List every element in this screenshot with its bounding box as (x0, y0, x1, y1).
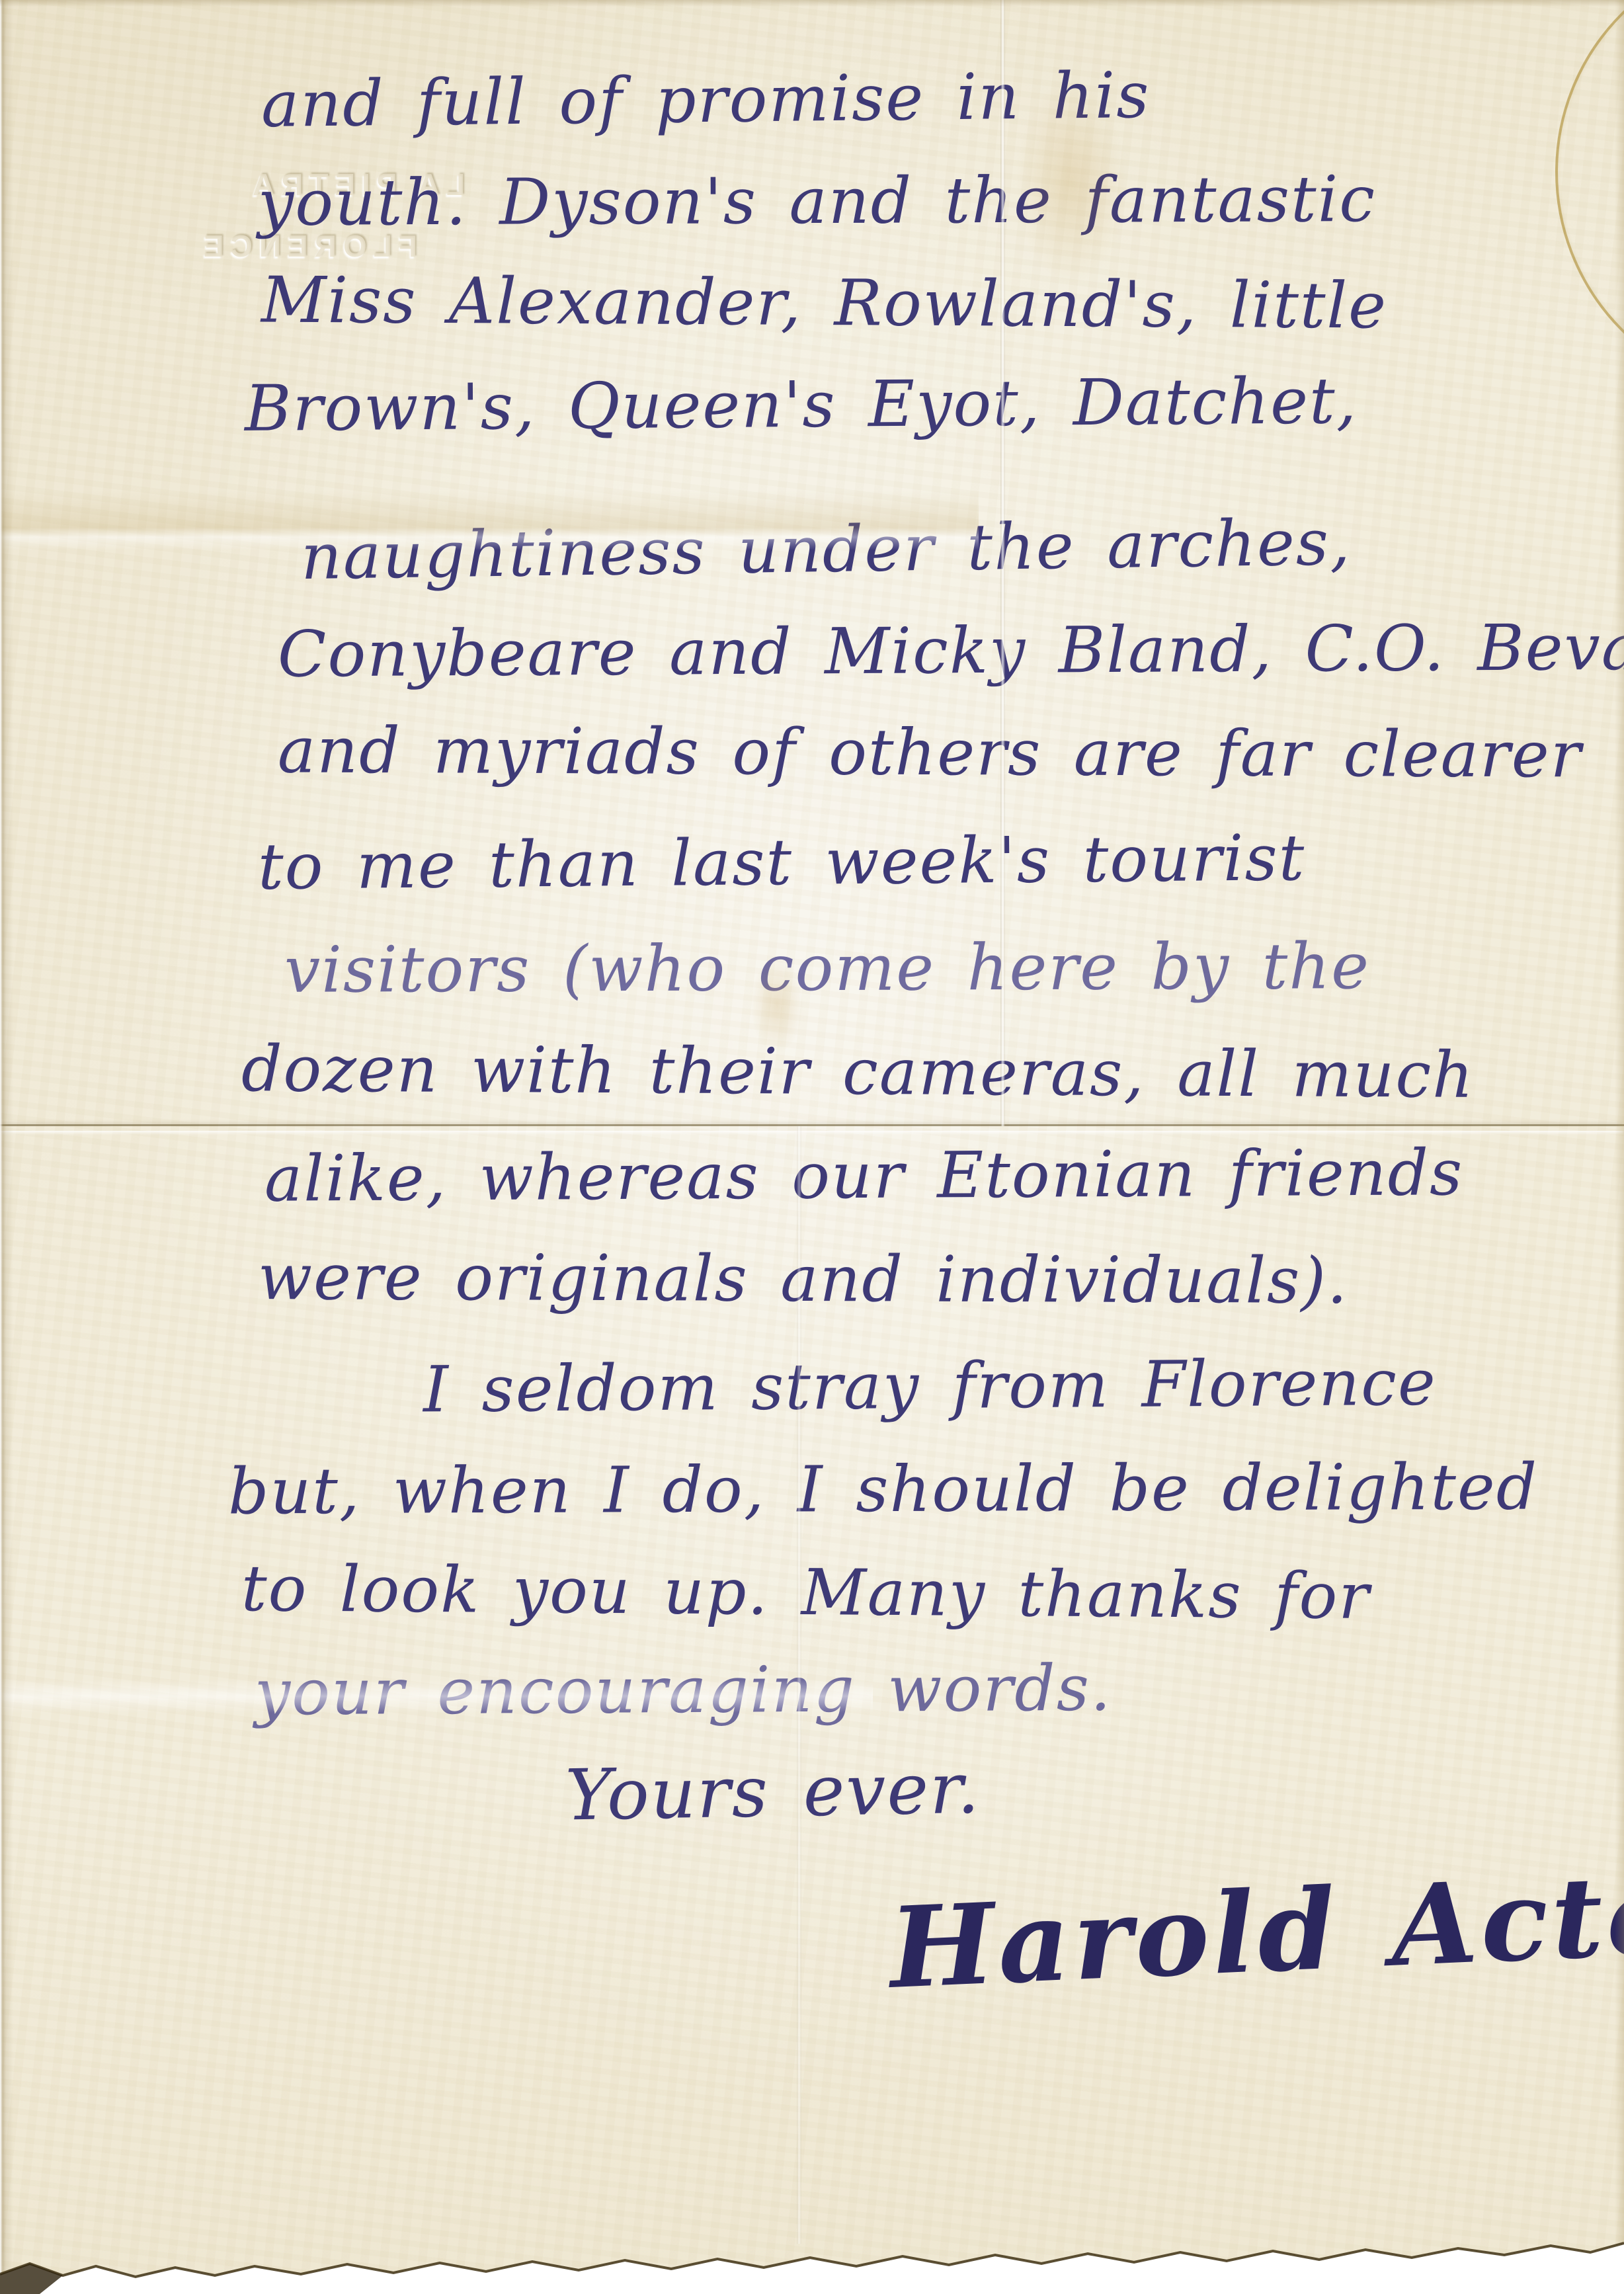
top-edge-shadow (0, 0, 1624, 7)
letter-scan: LA PIETRA FLORENCE and full of promise i… (0, 0, 1624, 2294)
letter-line: were originals and individuals). (258, 1240, 1349, 1318)
letter-line: naughtiness under the arches, (300, 505, 1352, 594)
letter-line: and full of promise in his (261, 58, 1151, 142)
cup-ring-stain (1555, 0, 1624, 397)
letter-line: Conybeare and Micky Bland, C.O. Bevan (278, 610, 1624, 691)
letter-line: and myriads of others are far clearer (278, 714, 1582, 792)
right-edge-shadow (1615, 0, 1624, 2294)
torn-bottom-edge (0, 2234, 1624, 2294)
deckled-left-edge (0, 0, 13, 2294)
letter-line: visitors (who come here by the (284, 929, 1370, 1007)
letter-line: but, when I do, I should be delighted (228, 1450, 1539, 1529)
letter-line: dozen with their cameras, all much (241, 1032, 1475, 1112)
letter-paper: LA PIETRA FLORENCE and full of promise i… (0, 0, 1624, 2294)
letter-line: your encouraging words. (255, 1651, 1112, 1730)
letter-line: alike, whereas our Etonian friends (264, 1135, 1464, 1215)
letter-line: to me than last week's tourist (258, 821, 1306, 904)
letter-line: youth. Dyson's and the fantastic (258, 162, 1376, 240)
closing-line: Yours ever. (565, 1748, 981, 1836)
letter-line: Brown's, Queen's Eyot, Datchet, (245, 364, 1358, 446)
letter-line: to look you up. Many thanks for (241, 1551, 1371, 1633)
letter-line: Miss Alexander, Rowland's, little (261, 263, 1388, 343)
fold-crease-main (0, 1124, 1624, 1131)
letter-line: I seldom stray from Florence (423, 1346, 1437, 1427)
signature: Harold Acton (887, 1844, 1624, 2014)
